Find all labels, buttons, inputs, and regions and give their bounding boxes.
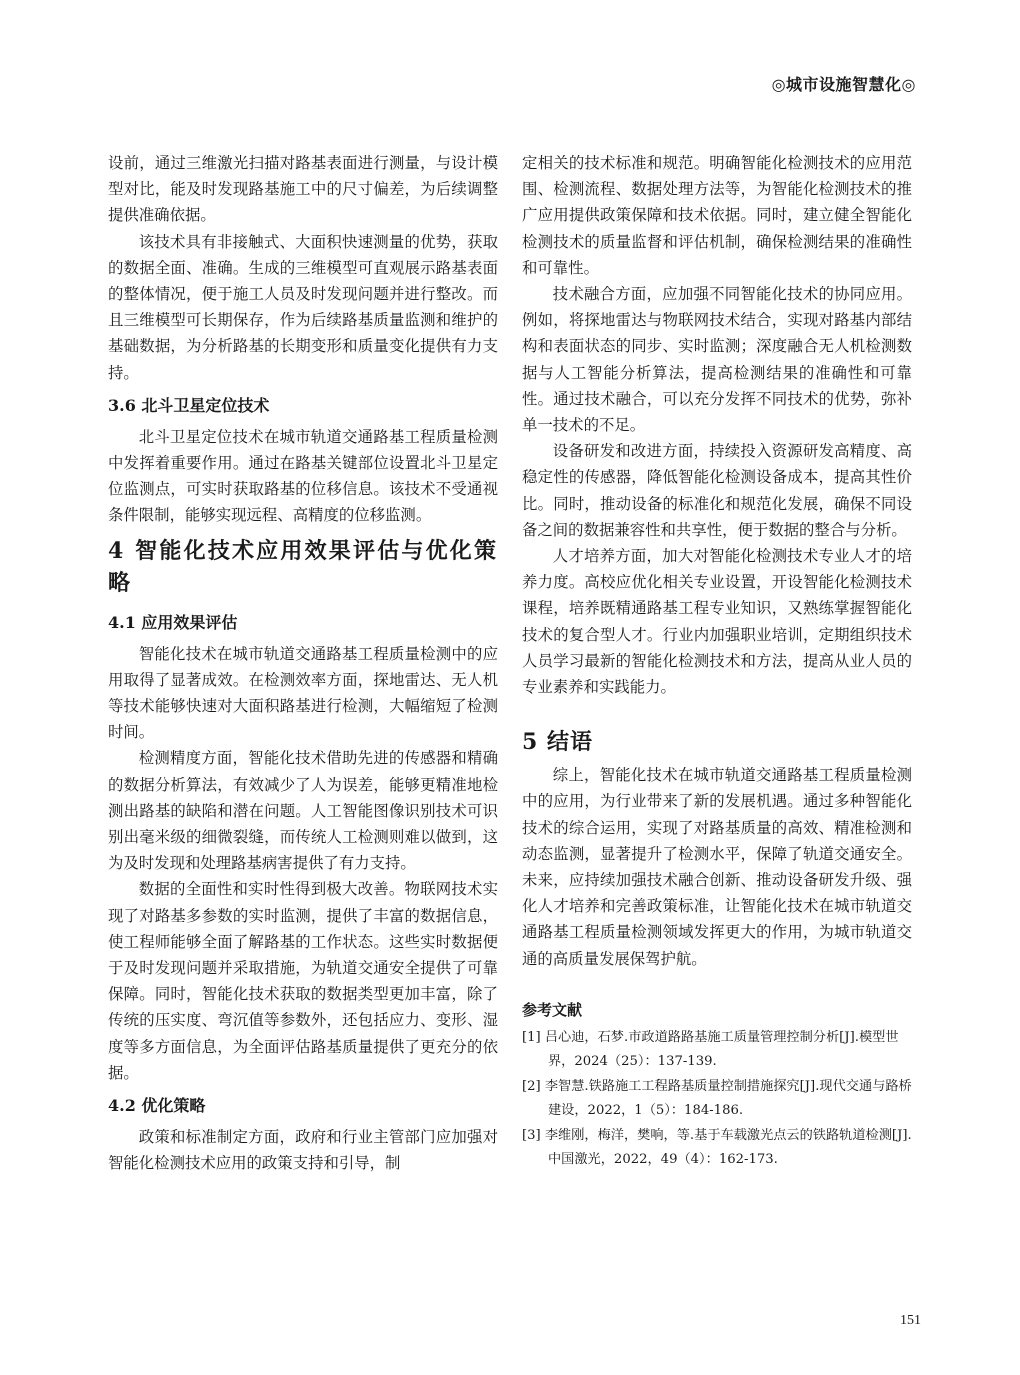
section-heading-4-2: 4.2 优化策略 <box>108 1092 498 1120</box>
references: 参考文献 [1] 吕心迪，石梦.市政道路路基施工质量管理控制分析[J].模型世界… <box>522 998 912 1173</box>
section-heading-5: 5 结语 <box>522 726 912 758</box>
paragraph: 智能化技术在城市轨道交通路基工程质量检测中的应用取得了显著成效。在检测效率方面，… <box>108 641 498 746</box>
section-heading-4: 4 智能化技术应用效果评估与优化策略 <box>108 535 498 599</box>
paragraph: 定相关的技术标准和规范。明确智能化检测技术的应用范围、检测流程、数据处理方法等，… <box>522 150 912 281</box>
paragraph: 技术融合方面，应加强不同智能化技术的协同应用。例如，将探地雷达与物联网技术结合，… <box>522 281 912 438</box>
paragraph: 设备研发和改进方面，持续投入资源研发高精度、高稳定性的传感器，降低智能化检测设备… <box>522 438 912 543</box>
paragraph: 设前，通过三维激光扫描对路基表面进行测量，与设计模型对比，能及时发现路基施工中的… <box>108 150 498 229</box>
paragraph: 数据的全面性和实时性得到极大改善。物联网技术实现了对路基多参数的实时监测，提供了… <box>108 876 498 1086</box>
references-title: 参考文献 <box>522 998 912 1022</box>
reference-item: [3] 李维刚，梅洋，樊响，等.基于车载激光点云的铁路轨道检测[J].中国激光，… <box>522 1124 912 1173</box>
paragraph: 人才培养方面，加大对智能化检测技术专业人才的培养力度。高校应优化相关专业设置，开… <box>522 543 912 700</box>
left-column: 设前，通过三维激光扫描对路基表面进行测量，与设计模型对比，能及时发现路基施工中的… <box>108 150 498 1177</box>
paragraph: 综上，智能化技术在城市轨道交通路基工程质量检测中的应用，为行业带来了新的发展机遇… <box>522 762 912 972</box>
paragraph: 政策和标准制定方面，政府和行业主管部门应加强对智能化检测技术应用的政策支持和引导… <box>108 1124 498 1176</box>
paragraph: 检测精度方面，智能化技术借助先进的传感器和精确的数据分析算法，有效减少了人为误差… <box>108 745 498 876</box>
section-heading-4-1: 4.1 应用效果评估 <box>108 609 498 637</box>
reference-item: [1] 吕心迪，石梦.市政道路路基施工质量管理控制分析[J].模型世界，2024… <box>522 1026 912 1075</box>
right-column: 定相关的技术标准和规范。明确智能化检测技术的应用范围、检测流程、数据处理方法等，… <box>522 150 912 1173</box>
running-head: ◎城市设施智慧化◎ <box>772 72 916 95</box>
page-number: 151 <box>900 1313 921 1329</box>
reference-item: [2] 李智慧.铁路施工工程路基质量控制措施探究[J].现代交通与路桥建设，20… <box>522 1075 912 1124</box>
section-heading-3-6: 3.6 北斗卫星定位技术 <box>108 392 498 420</box>
paragraph: 该技术具有非接触式、大面积快速测量的优势，获取的数据全面、准确。生成的三维模型可… <box>108 229 498 386</box>
paragraph: 北斗卫星定位技术在城市轨道交通路基工程质量检测中发挥着重要作用。通过在路基关键部… <box>108 424 498 529</box>
